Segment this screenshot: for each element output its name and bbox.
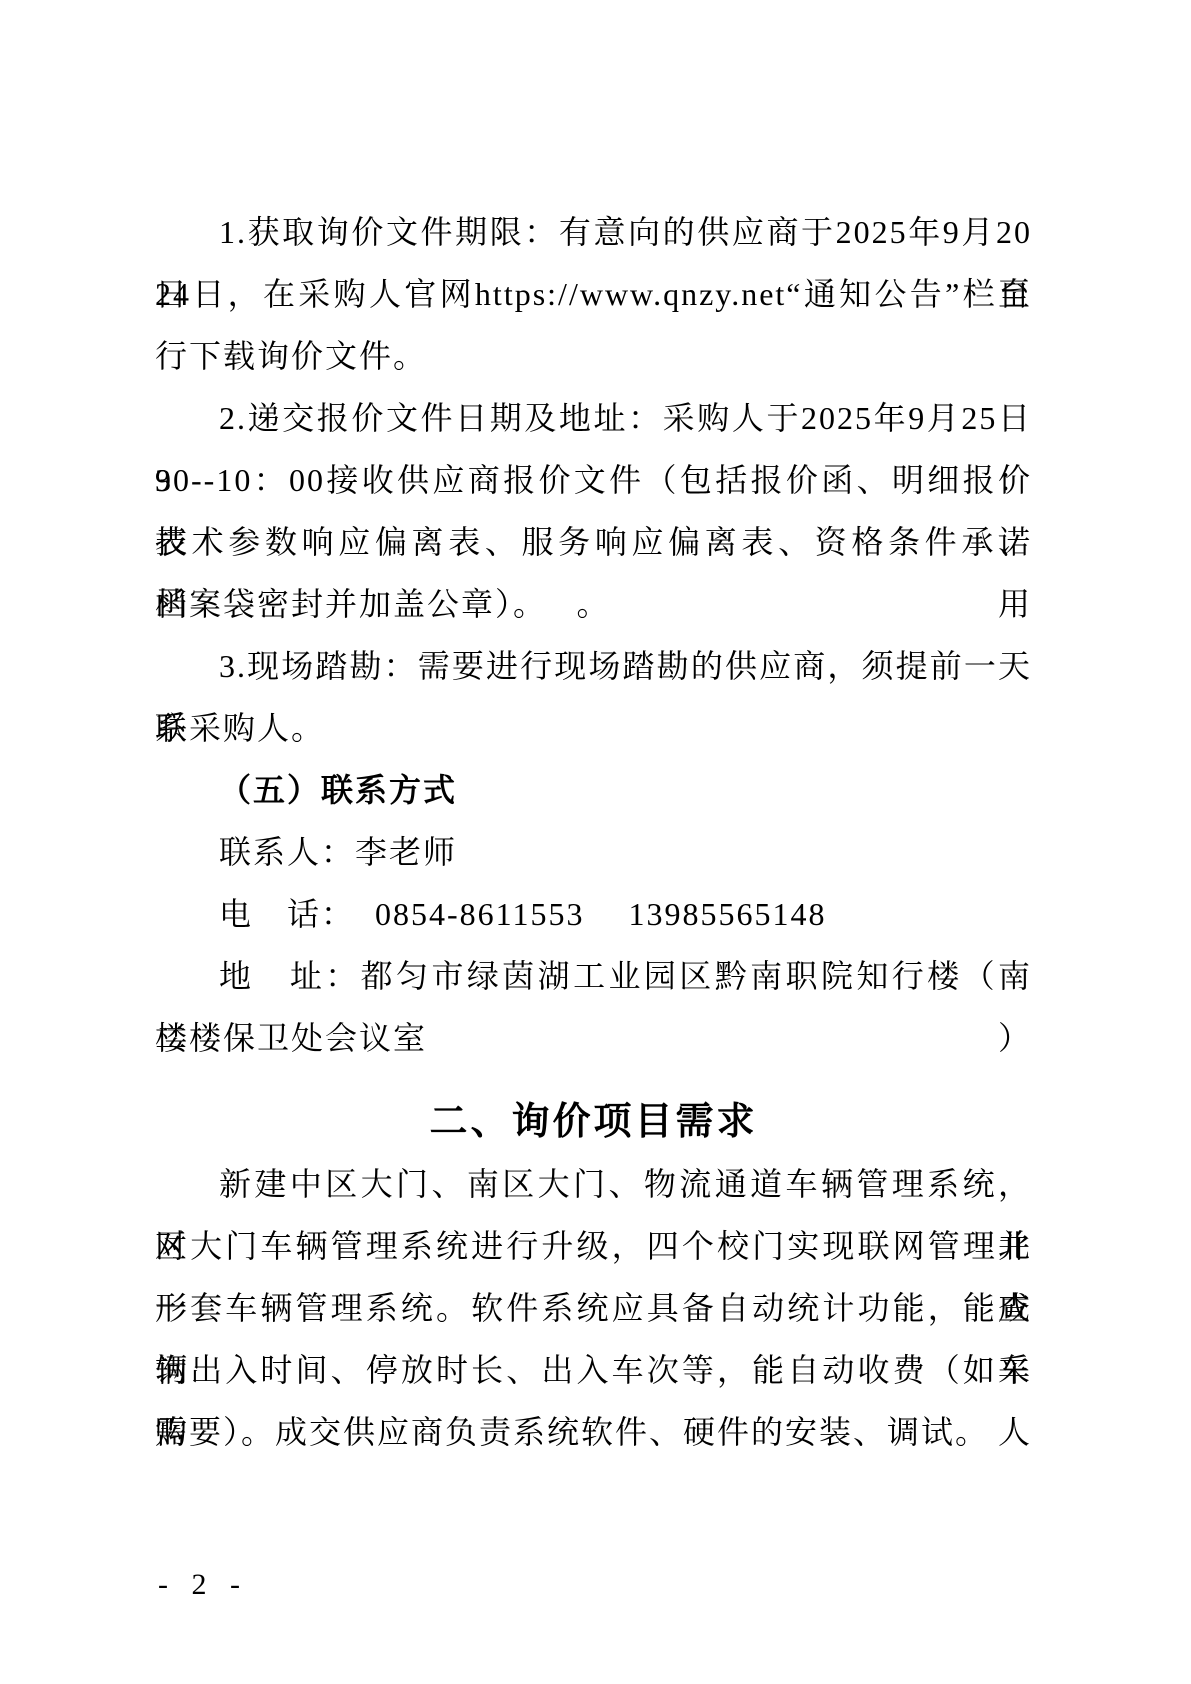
para-requirements-line-3: 一套车辆管理系统。软件系统应具备自动统计功能，能查询车 [155, 1277, 1032, 1339]
contact-section-heading: （五）联系方式 [155, 759, 1032, 821]
document-page: 1.获取询价文件期限：有意向的供应商于2025年9月20日至 24日，在采购人官… [0, 0, 1191, 1684]
para-obtain-docs-line-1: 1.获取询价文件期限：有意向的供应商于2025年9月20日至 [155, 201, 1032, 263]
para-requirements-line-2: 区大门车辆管理系统进行升级，四个校门实现联网管理并形成 [155, 1215, 1032, 1277]
document-body: 1.获取询价文件期限：有意向的供应商于2025年9月20日至 24日，在采购人官… [155, 201, 1032, 1463]
para-submit-quotes-line-2: 30--10：00接收供应商报价文件（包括报价函、明细报价表、 [155, 449, 1032, 511]
para-site-survey-line-1: 3.现场踏勘：需要进行现场踏勘的供应商，须提前一天联 [155, 635, 1032, 697]
contact-person: 联系人：李老师 [155, 821, 1032, 883]
requirements-section-heading: 二、询价项目需求 [155, 1091, 1032, 1153]
para-requirements-line-5: 需要）。成交供应商负责系统软件、硬件的安装、调试。 [155, 1401, 1032, 1463]
para-requirements-line-4: 辆出入时间、停放时长、出入车次等，能自动收费（如采购人 [155, 1339, 1032, 1401]
para-submit-quotes-line-3: 技术参数响应偏离表、服务响应偏离表、资格条件承诺函。用 [155, 511, 1032, 573]
para-requirements-line-1: 新建中区大门、南区大门、物流通道车辆管理系统，对北 [155, 1153, 1032, 1215]
para-submit-quotes-line-1: 2.递交报价文件日期及地址：采购人于2025年9月25日9： [155, 387, 1032, 449]
contact-address-line-1: 地 址：都匀市绿茵湖工业园区黔南职院知行楼（南楼） [155, 945, 1032, 1007]
page-number: - 2 - [158, 1568, 248, 1602]
para-site-survey-line-2: 系采购人。 [155, 697, 1032, 759]
para-obtain-docs-line-2: 24日，在采购人官网https://www.qnzy.net“通知公告”栏自 [155, 263, 1032, 325]
para-obtain-docs-line-3: 行下载询价文件。 [155, 325, 1032, 387]
contact-phone: 电 话： 0854-8611553 13985565148 [155, 883, 1032, 945]
